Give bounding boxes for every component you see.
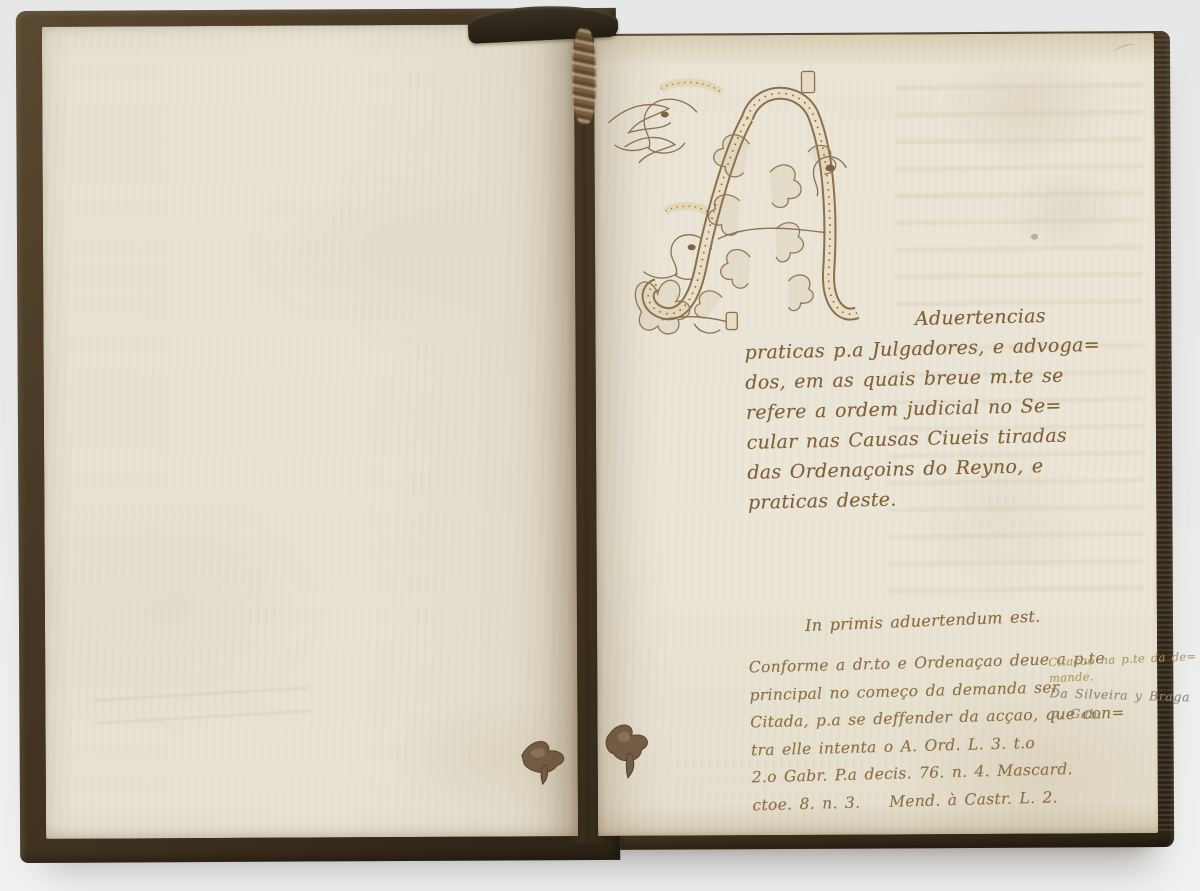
faint-pencil-inscription <box>94 678 311 736</box>
headband-stitching <box>572 28 597 124</box>
section-heading: In primis aduertendum est. <box>805 607 1041 635</box>
margin-line-second-hand: Da Silveira y Braga <box>1049 685 1189 705</box>
margin-line-second-hand: p. Gab. <box>1050 705 1190 725</box>
flower-spray-bottom <box>635 280 737 334</box>
photo-backdrop: Aduertencias praticas p.a Julgadores, e … <box>0 0 1200 891</box>
left-page-blank <box>42 24 578 839</box>
open-manuscript-book: Aduertencias praticas p.a Julgadores, e … <box>16 5 1174 863</box>
grotesque-face-top <box>614 82 721 153</box>
faint-corner-mark <box>1113 42 1136 57</box>
leather-tie-remnant-right <box>595 714 661 784</box>
clasp-ornament <box>801 71 814 92</box>
body-block: Conforme a dr.to e Ordenaçao deue a p.te… <box>748 646 1057 819</box>
show-through-text-upper <box>894 71 1143 324</box>
manuscript-line: praticas deste. <box>748 481 1051 518</box>
title-block: Aduertencias praticas p.a Julgadores, e … <box>744 301 1051 518</box>
ribbon-letter-A <box>647 71 857 315</box>
ink-stain <box>1031 234 1038 240</box>
right-page-manuscript: Aduertencias praticas p.a Julgadores, e … <box>594 33 1158 836</box>
ribbon-box-ornament <box>726 312 737 329</box>
margin-note: Citacao na p.te da de= mande. Da Silveir… <box>1048 648 1191 726</box>
leather-tie-remnant-left <box>516 726 578 788</box>
